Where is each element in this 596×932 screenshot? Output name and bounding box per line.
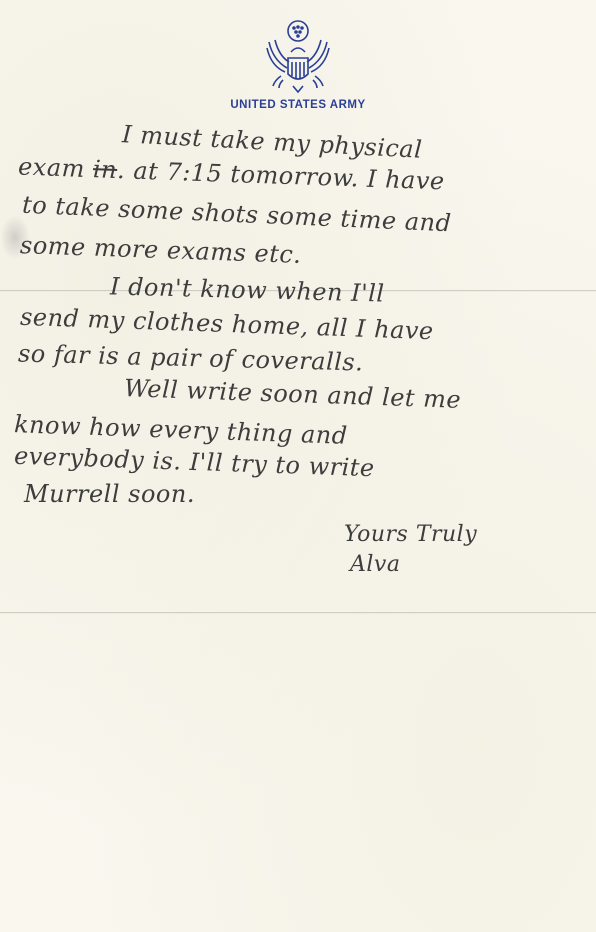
- letter-line: Murrell soon.: [24, 480, 195, 508]
- eagle-seal-icon: [263, 18, 333, 94]
- letterhead: UNITED STATES ARMY: [0, 18, 596, 111]
- letter-line: Well write soon and let me: [124, 374, 462, 414]
- fold-line: [0, 612, 596, 614]
- letter-line: send my clothes home, all I have: [20, 303, 435, 345]
- letter-line: I don't know when I'll: [110, 272, 385, 307]
- letter-closing: Yours Truly: [344, 522, 477, 547]
- letter-line: so far is a pair of coveralls.: [18, 339, 364, 376]
- letter-signature: Alva: [350, 552, 400, 577]
- letter-page: UNITED STATES ARMY I must take my physic…: [0, 0, 596, 932]
- letter-word: exam: [18, 153, 86, 183]
- struck-word: in: [93, 155, 118, 184]
- letter-line: to take some shots some time and: [22, 191, 452, 238]
- organization-name: UNITED STATES ARMY: [0, 99, 596, 111]
- letter-line: some more exams etc.: [20, 231, 302, 269]
